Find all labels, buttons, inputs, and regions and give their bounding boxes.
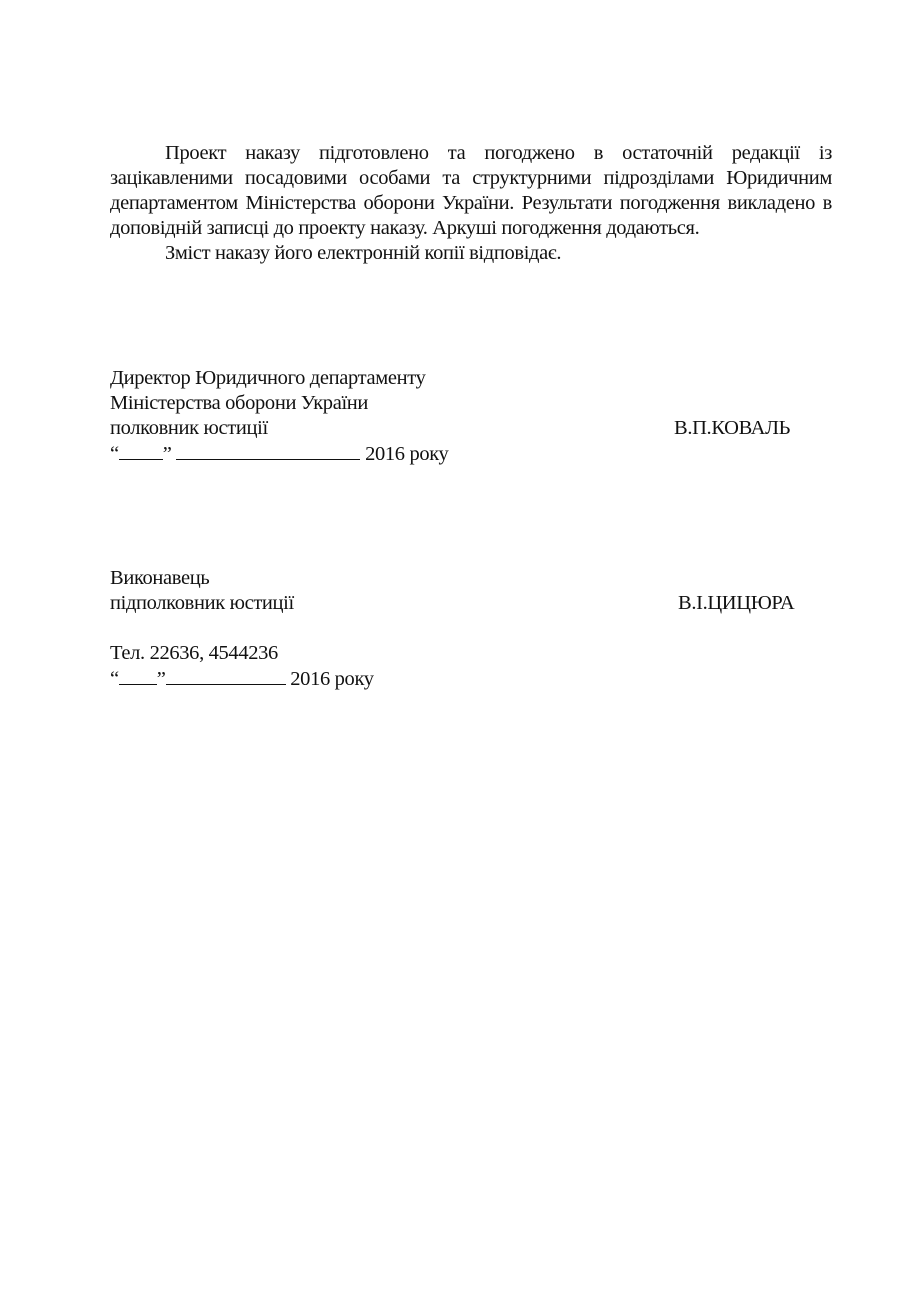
- paragraph-approval: Проект наказу підготовлено та погоджено …: [110, 141, 832, 241]
- day-blank: [119, 441, 163, 460]
- director-rank: полковник юстиції: [110, 416, 268, 441]
- executor-name: В.І.ЦИЦЮРА: [678, 591, 794, 616]
- director-title-line-2: Міністерства оборони України: [110, 391, 368, 416]
- paragraph-content-match: Зміст наказу його електронній копії відп…: [110, 241, 832, 266]
- month-blank: [166, 666, 286, 685]
- document-body: Проект наказу підготовлено та погоджено …: [110, 141, 832, 266]
- executor-rank: підполковник юстиції: [110, 591, 294, 616]
- year-text: 2016 року: [365, 443, 448, 465]
- director-title-line-1: Директор Юридичного департаменту: [110, 366, 425, 391]
- director-date-line: “” 2016 року: [110, 441, 448, 467]
- year-text: 2016 року: [290, 668, 373, 690]
- month-blank: [176, 441, 360, 460]
- executor-label: Виконавець: [110, 566, 209, 591]
- close-quote: ”: [157, 668, 166, 690]
- document-page: Проект наказу підготовлено та погоджено …: [0, 0, 920, 1301]
- open-quote: “: [110, 668, 119, 690]
- executor-phone: Тел. 22636, 4544236: [110, 641, 278, 666]
- close-quote: ”: [163, 443, 172, 465]
- open-quote: “: [110, 443, 119, 465]
- executor-date-line: “” 2016 року: [110, 666, 374, 692]
- day-blank: [119, 666, 157, 685]
- director-name: В.П.КОВАЛЬ: [674, 416, 790, 441]
